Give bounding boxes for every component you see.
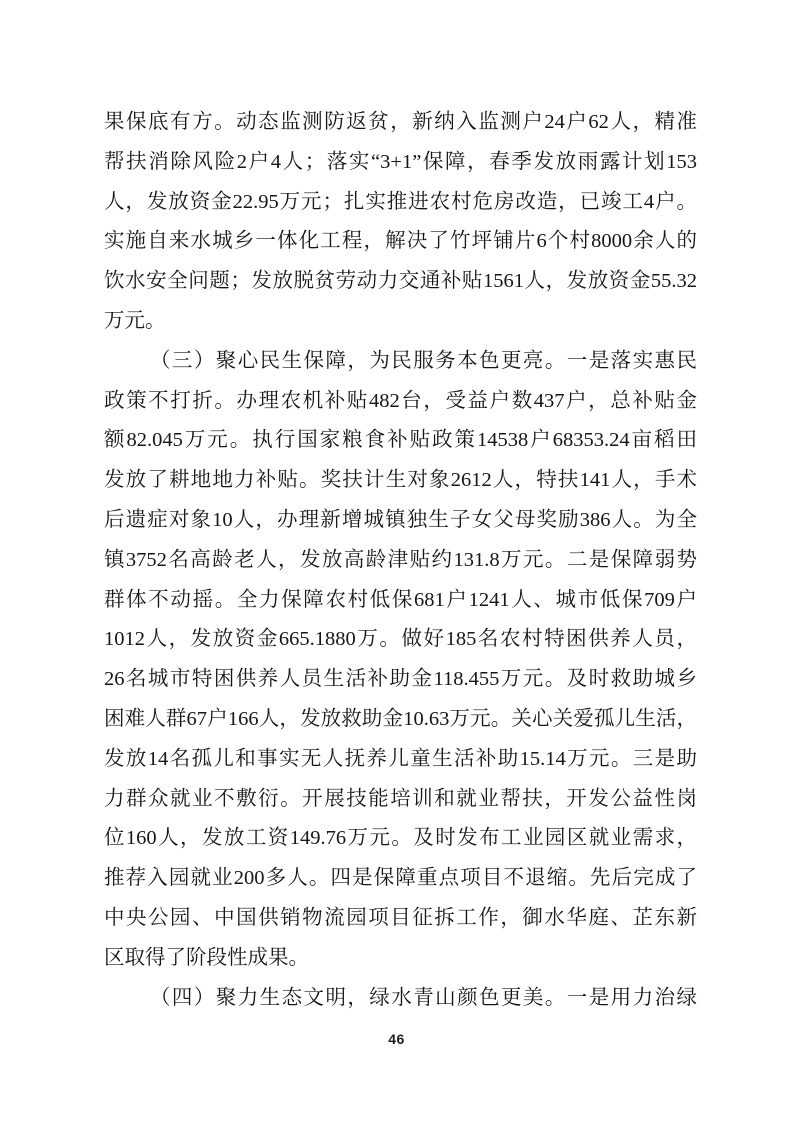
text-line: 区取得了阶段性成果。	[104, 939, 697, 979]
text-line: 中央公园、中国供销物流园项目征拆工作，御水华庭、芷东新	[104, 899, 697, 939]
text-line: 实施自来水城乡一体化工程，解决了竹坪铺片6个村8000余人的	[104, 222, 697, 262]
text-line: 后遗症对象10人，办理新增城镇独生子女父母奖励386人。为全	[104, 501, 697, 541]
text-line: 困难人群67户166人，发放救助金10.63万元。关心关爱孤儿生活，	[104, 700, 697, 740]
text-line: 饮水安全问题；发放脱贫劳动力交通补贴1561人，发放资金55.32	[104, 262, 697, 302]
document-page: 果保底有方。动态监测防返贫，新纳入监测户24户62人，精准帮扶消除风险2户4人；…	[0, 0, 793, 1122]
text-line: 政策不打折。办理农机补贴482台，受益户数437户，总补贴金	[104, 382, 697, 422]
text-line: 人，发放资金22.95万元；扎实推进农村危房改造，已竣工4户。	[104, 183, 697, 223]
text-line: 万元。	[104, 302, 697, 342]
text-line: 群体不动摇。全力保障农村低保681户1241人、城市低保709户	[104, 581, 697, 621]
text-line: 镇3752名高龄老人，发放高龄津贴约131.8万元。二是保障弱势	[104, 541, 697, 581]
text-line: （四）聚力生态文明，绿水青山颜色更美。一是用力治绿	[104, 979, 697, 1019]
text-line: 力群众就业不敷衍。开展技能培训和就业帮扶，开发公益性岗	[104, 780, 697, 820]
text-line: 帮扶消除风险2户4人；落实“3+1”保障，春季发放雨露计划153	[104, 143, 697, 183]
page-number: 46	[0, 1031, 793, 1047]
text-line: 额82.045万元。执行国家粮食补贴政策14538户68353.24亩稻田	[104, 421, 697, 461]
text-line: 1012人，发放资金665.1880万。做好185名农村特困供养人员，	[104, 620, 697, 660]
text-line: （三）聚心民生保障，为民服务本色更亮。一是落实惠民	[104, 342, 697, 382]
text-line: 位160人，发放工资149.76万元。及时发布工业园区就业需求，	[104, 819, 697, 859]
text-line: 发放了耕地地力补贴。奖扶计生对象2612人，特扶141人，手术	[104, 461, 697, 501]
text-line: 推荐入园就业200多人。四是保障重点项目不退缩。先后完成了	[104, 859, 697, 899]
text-line: 发放14名孤儿和事实无人抚养儿童生活补助15.14万元。三是助	[104, 740, 697, 780]
text-line: 26名城市特困供养人员生活补助金118.455万元。及时救助城乡	[104, 660, 697, 700]
body-text: 果保底有方。动态监测防返贫，新纳入监测户24户62人，精准帮扶消除风险2户4人；…	[104, 103, 697, 1018]
text-line: 果保底有方。动态监测防返贫，新纳入监测户24户62人，精准	[104, 103, 697, 143]
